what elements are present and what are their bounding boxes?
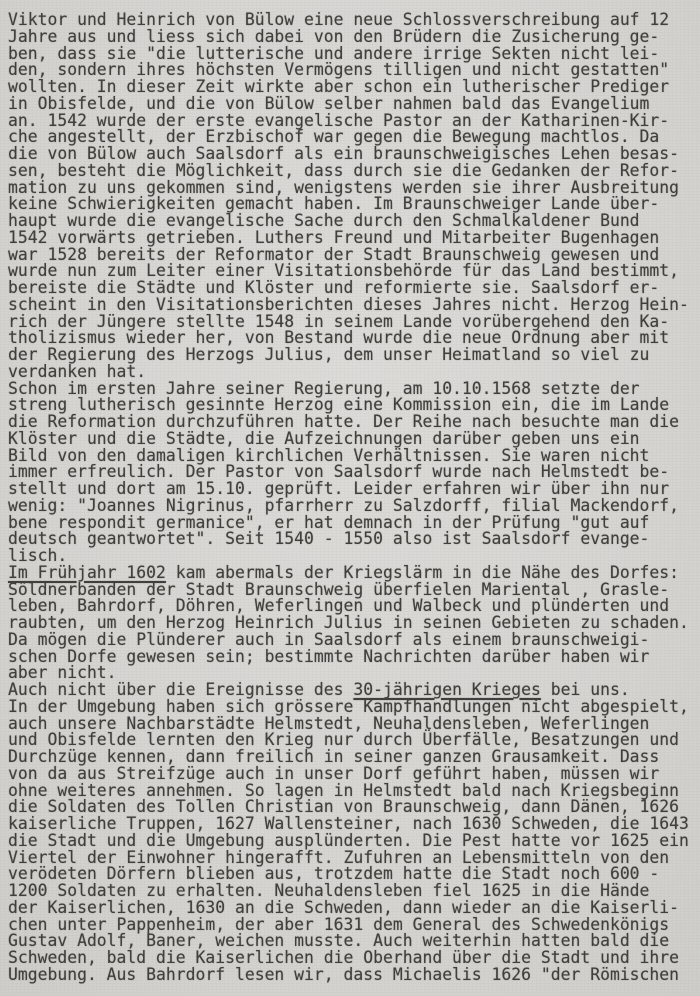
typewritten-text: Viktor und Heinrich von Bülow eine neue … — [8, 12, 700, 984]
text-line: deutsch geantwortet". Seit 1540 - 1550 a… — [8, 531, 700, 548]
text-line: Umgebung. Aus Bahrdorf lesen wir, dass M… — [8, 967, 700, 984]
text-segment: deutsch geantwortet". Seit 1540 - 1550 a… — [8, 529, 649, 548]
document-page: Viktor und Heinrich von Bülow eine neue … — [0, 0, 700, 996]
text-segment: Umgebung. Aus Bahrdorf lesen wir, dass M… — [8, 965, 679, 984]
scanned-document: { "document": { "language": "de", "color… — [0, 0, 700, 996]
